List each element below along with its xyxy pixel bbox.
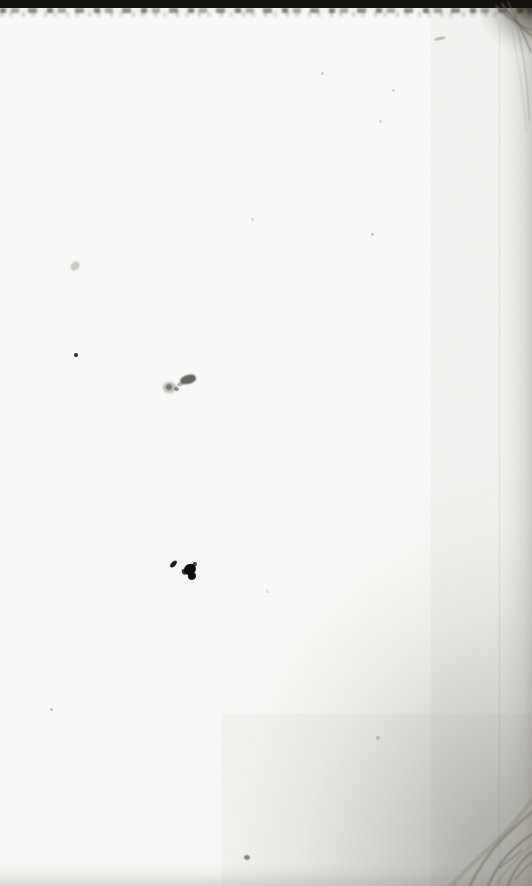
ink-spot [244,855,251,861]
ink-spot [50,708,53,711]
ink-spot [74,353,78,357]
ink-spot [392,89,395,92]
ink-spots-layer [0,0,532,886]
ink-spot [434,36,446,41]
ink-spot [376,736,380,740]
ink-spot [169,559,177,568]
ink-spot [193,562,197,566]
ink-spot [379,120,382,123]
ink-spot [187,571,197,581]
ink-spot [321,72,324,75]
ink-spot [251,218,254,221]
ink-spot [69,260,82,272]
ink-spot [266,590,269,593]
scanned-page [0,0,532,886]
ink-spot [166,384,172,390]
ink-spot [371,233,374,236]
